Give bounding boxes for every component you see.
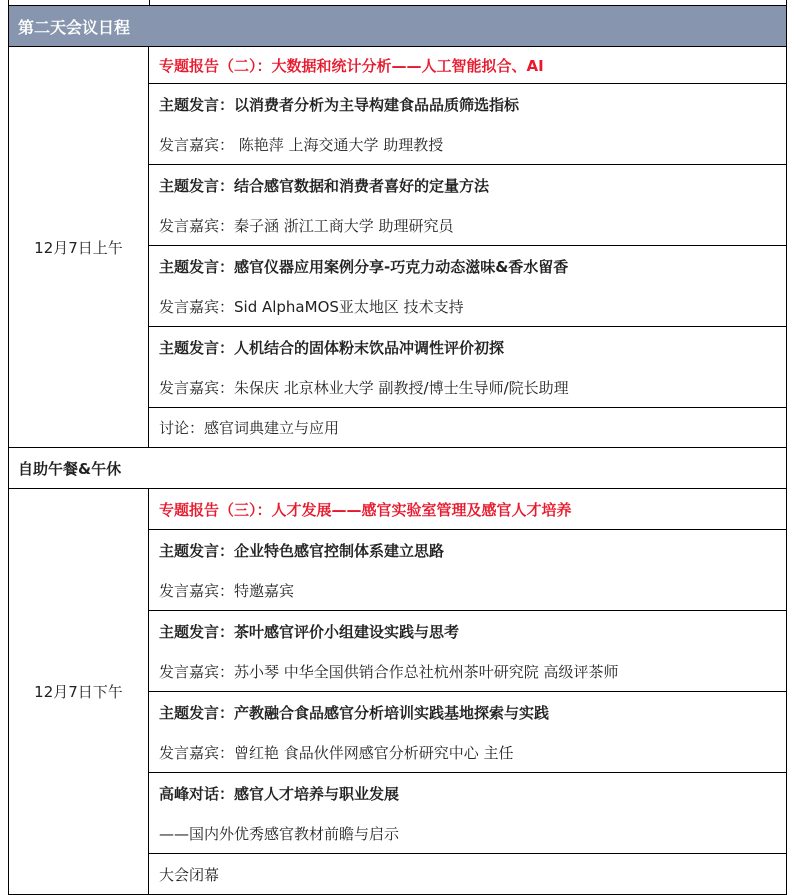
talk-row: 主题发言：结合感官数据和消费者喜好的定量方法 发言嘉宾：秦子涵 浙江工商大学 助… (149, 165, 786, 246)
summit-title: 高峰对话：感官人才培养与职业发展 (159, 773, 786, 813)
talk-subject: 主题发言：人机结合的固体粉末饮品冲调性评价初探 (159, 327, 786, 367)
talk-subject: 主题发言：茶叶感官评价小组建设实践与思考 (159, 611, 786, 651)
talk-subject: 主题发言：感官仪器应用案例分享-巧克力动态滋味&香水留香 (159, 246, 786, 286)
topic-report-row: 专题报告（二）：大数据和统计分析——人工智能拟合、AI (149, 47, 786, 84)
talk-subject: 主题发言：以消费者分析为主导构建食品品质筛选指标 (159, 84, 786, 124)
session-time: 12月7日下午 (9, 489, 149, 894)
talk-subject: 主题发言：结合感官数据和消费者喜好的定量方法 (159, 165, 786, 205)
discussion-row: 讨论：感官词典建立与应用 (149, 408, 786, 447)
day-header: 第二天会议日程 (9, 6, 786, 47)
discussion-text: 讨论：感官词典建立与应用 (159, 408, 786, 447)
talk-speaker: 发言嘉宾：苏小琴 中华全国供销合作总社杭州茶叶研究院 高级评茶师 (159, 651, 786, 691)
topic-report-title: 专题报告（二）：大数据和统计分析——人工智能拟合、AI (159, 47, 786, 83)
topic-report-title: 专题报告（三）：人才发展——感官实验室管理及感官人才培养 (159, 489, 786, 529)
session-time: 12月7日上午 (9, 47, 149, 447)
topic-report-row: 专题报告（三）：人才发展——感官实验室管理及感官人才培养 (149, 489, 786, 530)
talk-row: 主题发言：企业特色感官控制体系建立思路 发言嘉宾：特邀嘉宾 (149, 530, 786, 611)
morning-section: 12月7日上午 专题报告（二）：大数据和统计分析——人工智能拟合、AI 主题发言… (9, 47, 786, 448)
talk-row: 主题发言：感官仪器应用案例分享-巧克力动态滋味&香水留香 发言嘉宾：Sid Al… (149, 246, 786, 327)
talk-row: 主题发言：产教融合食品感官分析培训实践基地探索与实践 发言嘉宾：曾红艳 食品伙伴… (149, 692, 786, 773)
talk-subject: 主题发言：产教融合食品感官分析培训实践基地探索与实践 (159, 692, 786, 732)
closing-text: 大会闭幕 (159, 854, 786, 894)
schedule-table: 第二天会议日程 12月7日上午 专题报告（二）：大数据和统计分析——人工智能拟合… (8, 0, 787, 895)
talk-speaker: 发言嘉宾：曾红艳 食品伙伴网感官分析研究中心 主任 (159, 732, 786, 772)
lunch-row: 自助午餐&午休 (9, 448, 786, 489)
summit-subtitle: ——国内外优秀感官教材前瞻与启示 (159, 813, 786, 853)
talk-speaker: 发言嘉宾：特邀嘉宾 (159, 570, 786, 610)
talk-row: 主题发言：茶叶感官评价小组建设实践与思考 发言嘉宾：苏小琴 中华全国供销合作总社… (149, 611, 786, 692)
talk-subject: 主题发言：企业特色感官控制体系建立思路 (159, 530, 786, 570)
talk-speaker: 发言嘉宾： 陈艳萍 上海交通大学 助理教授 (159, 124, 786, 164)
talk-row: 主题发言：人机结合的固体粉末饮品冲调性评价初探 发言嘉宾：朱保庆 北京林业大学 … (149, 327, 786, 408)
talk-speaker: 发言嘉宾：秦子涵 浙江工商大学 助理研究员 (159, 205, 786, 245)
talk-speaker: 发言嘉宾：Sid AlphaMOS亚太地区 技术支持 (159, 286, 786, 326)
afternoon-section: 12月7日下午 专题报告（三）：人才发展——感官实验室管理及感官人才培养 主题发… (9, 489, 786, 895)
talk-row: 主题发言：以消费者分析为主导构建食品品质筛选指标 发言嘉宾： 陈艳萍 上海交通大… (149, 84, 786, 165)
talk-speaker: 发言嘉宾：朱保庆 北京林业大学 副教授/博士生导师/院长助理 (159, 367, 786, 407)
summit-row: 高峰对话：感官人才培养与职业发展 ——国内外优秀感官教材前瞻与启示 (149, 773, 786, 854)
closing-row: 大会闭幕 (149, 854, 786, 894)
